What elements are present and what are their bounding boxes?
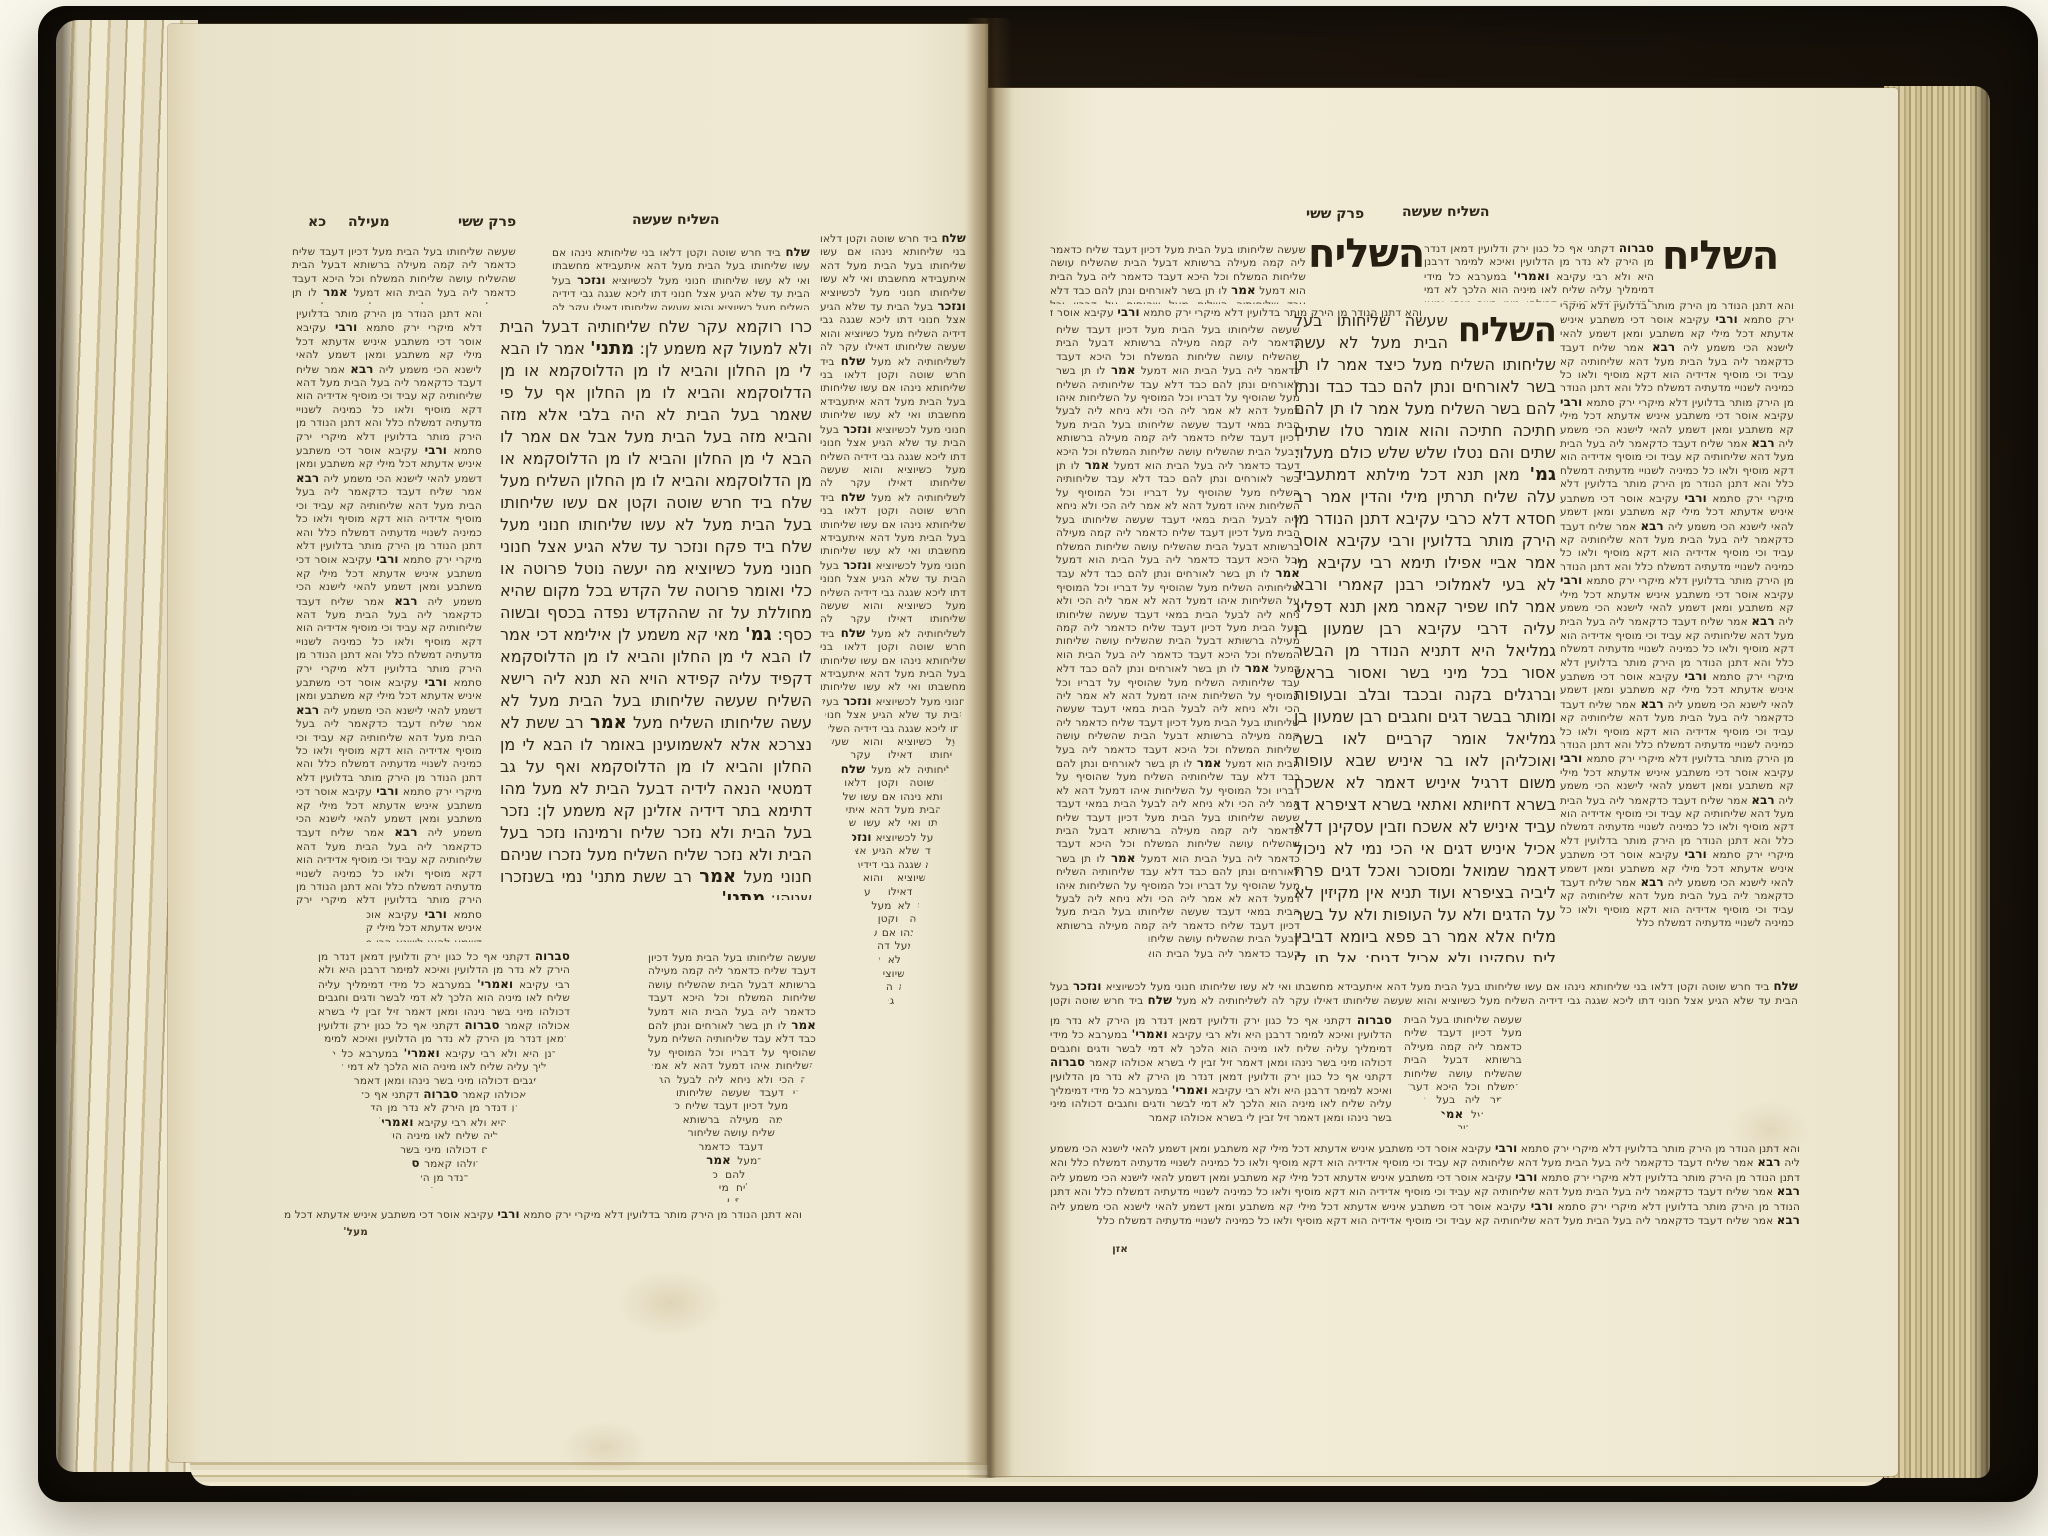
- chapter-headword: השליח: [1662, 234, 1778, 278]
- chapter-name: השליח שעשה: [632, 212, 720, 228]
- right-page-lower-left-block: סברוה דקתני אף כל כגון ירק ודלועין דמאן …: [1050, 1014, 1392, 1136]
- right-fore-edge: [1884, 86, 1990, 1478]
- right-page-top-center-commentary-cap: סברוה דקתני אף כל כגון ירק ודלועין דמאן …: [1424, 242, 1654, 302]
- left-page-final-line: והא דתנן הנודר מן הירק מותר בדלועין דלא …: [284, 1208, 802, 1223]
- right-page-bottom-block: והא דתנן הנודר מן הירק מותר בדלועין דלא …: [1050, 1142, 1800, 1238]
- right-page-wide-lines: שלח ביד חרש שוטה וקטן דלאו בני שליחותא נ…: [1050, 980, 1798, 1009]
- gutter-shadow: [966, 18, 1012, 1478]
- left-page-outer-commentary-cap: שעשה שליחותו בעל הבית מעל דכיון דעבד שלי…: [292, 246, 516, 304]
- right-page-mishnah-gemara-column: השליחשעשה שליחותו בעל הבית מעל לא עשה של…: [1294, 310, 1556, 962]
- left-page-gemara-text: כרו רוקמא עקר שלח שליחותיה דבעל הבית ולא…: [500, 316, 812, 900]
- right-page-outer-commentary-column: שעשה שליחותו בעל הבית מעל דכיון דעבד שלי…: [1056, 324, 1300, 962]
- chapter-headword: השליח: [1308, 232, 1424, 276]
- left-page-end-word: מעל': [318, 1226, 368, 1241]
- chapter-number: פרק ששי: [458, 214, 516, 230]
- mishnah-headword: השליח: [1458, 310, 1556, 350]
- left-page-center-commentary-cap: שלח ביד חרש שוטה וקטן דלאו בני שליחותא נ…: [552, 246, 810, 310]
- left-page-outer-commentary-column: והא דתנן הנודר מן הירק מותר בדלועין דלא …: [296, 308, 482, 942]
- right-page-outer-commentary-cap: שעשה שליחותו בעל הבית מעל דכיון דעבד שלי…: [1050, 244, 1306, 304]
- book-photograph: כא מעילה פרק ששי השליח שעשה שעשה שליחותו…: [0, 0, 2048, 1536]
- right-page-inner-commentary-column: והא דתנן הנודר מן הירק מותר בדלועין דלא …: [1560, 300, 1794, 972]
- tractate-title: מעילה: [348, 214, 390, 230]
- mishnah-gemara-text: שעשה שליחותו בעל הבית מעל לא עשה שליחותו…: [1294, 311, 1556, 962]
- catchword: אזן: [1082, 1243, 1128, 1258]
- chapter-number: פרק ששי: [1306, 206, 1364, 222]
- chapter-name: השליח שעשה: [1402, 204, 1490, 220]
- folio-number: כא: [308, 214, 326, 230]
